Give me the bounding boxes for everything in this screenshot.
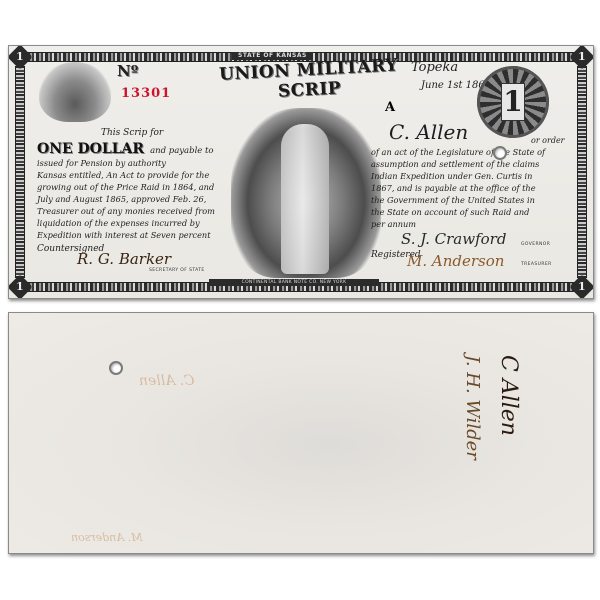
corner-numeral-top-left: 1 (8, 45, 33, 70)
farm-scene-vignette (39, 62, 111, 122)
body-line: issued for Pension by authority (37, 157, 227, 169)
plate-letter: A (385, 100, 395, 115)
bleed-through-payee: C. Allen (139, 373, 194, 389)
left-body-text: This Scrip for ONE DOLLARand payable to … (37, 128, 227, 273)
governor-title: GOVERNOR (521, 242, 550, 247)
body-line: July and August 1865, approved Feb. 26, (37, 193, 227, 205)
body-line: Kansas entitled, An Act to provide for t… (37, 169, 227, 181)
state-label: STATE OF KANSAS (232, 52, 313, 60)
or-order-text: or order (531, 136, 565, 145)
bleed-through-signature: M. Anderson (71, 531, 142, 544)
rosette-numeral: 1 (501, 83, 525, 121)
treasurer-signature: M. Anderson (407, 252, 504, 270)
amount-suffix: and payable to (150, 146, 214, 156)
left-ornamental-border (15, 66, 25, 278)
body-line: per annum (371, 218, 571, 230)
secretary-signature: R. G. Barker (77, 250, 227, 268)
body-line: the Government of the United States in (371, 194, 571, 206)
cancellation-hole (493, 146, 507, 160)
governor-signature: S. J. Crawford (401, 230, 506, 248)
scrip-title: UNION MILITARY SCRIP (208, 55, 410, 105)
serial-number: 13301 (121, 86, 171, 101)
body-line: liquidation of the expenses incurred by (37, 217, 227, 229)
body-line: 1867, and is payable at the office of th… (371, 182, 571, 194)
amount-text: ONE DOLLAR (37, 141, 144, 157)
corner-numeral-bottom-right: 1 (569, 274, 594, 299)
body-line: assumption and settlement of the claims (371, 158, 571, 170)
right-ornamental-border (577, 66, 587, 278)
payee-name: C. Allen (389, 120, 468, 144)
scrip-back: C. Allen M. Anderson C Allen J. H. Wilde… (8, 312, 594, 554)
number-label: Nº (117, 62, 138, 80)
body-line: Treasurer out of any monies received fro… (37, 205, 227, 217)
body-line: of an act of the Legislature of the Stat… (371, 146, 571, 158)
body-line: the State on account of such Raid and (371, 206, 571, 218)
intro-text: This Scrip for (101, 128, 227, 138)
treasurer-title: TREASURER (521, 262, 552, 267)
right-body-text: of an act of the Legislature of the Stat… (371, 146, 571, 268)
secretary-title: SECRETARY OF STATE (149, 268, 227, 273)
printer-imprint: CONTINENTAL BANK NOTE CO. NEW YORK (209, 279, 379, 286)
cancellation-hole (109, 361, 123, 375)
scrip-front: STATE OF KANSAS 1 1 1 1 Nº 13301 UNION M… (8, 45, 594, 299)
corner-numeral-bottom-left: 1 (8, 274, 33, 299)
corner-numeral-top-right: 1 (569, 45, 594, 70)
allegorical-figure (281, 124, 329, 274)
body-line: Expedition with interest at Seven percen… (37, 229, 227, 241)
body-line: growing out of the Price Raid in 1864, a… (37, 181, 227, 193)
endorsement-payee: C Allen (496, 355, 521, 436)
endorsement-second: J. H. Wilder (462, 355, 483, 460)
denomination-rosette: 1 (477, 66, 549, 138)
body-line: Indian Expedition under Gen. Curtis in (371, 170, 571, 182)
issue-place: Topeka (411, 60, 458, 75)
